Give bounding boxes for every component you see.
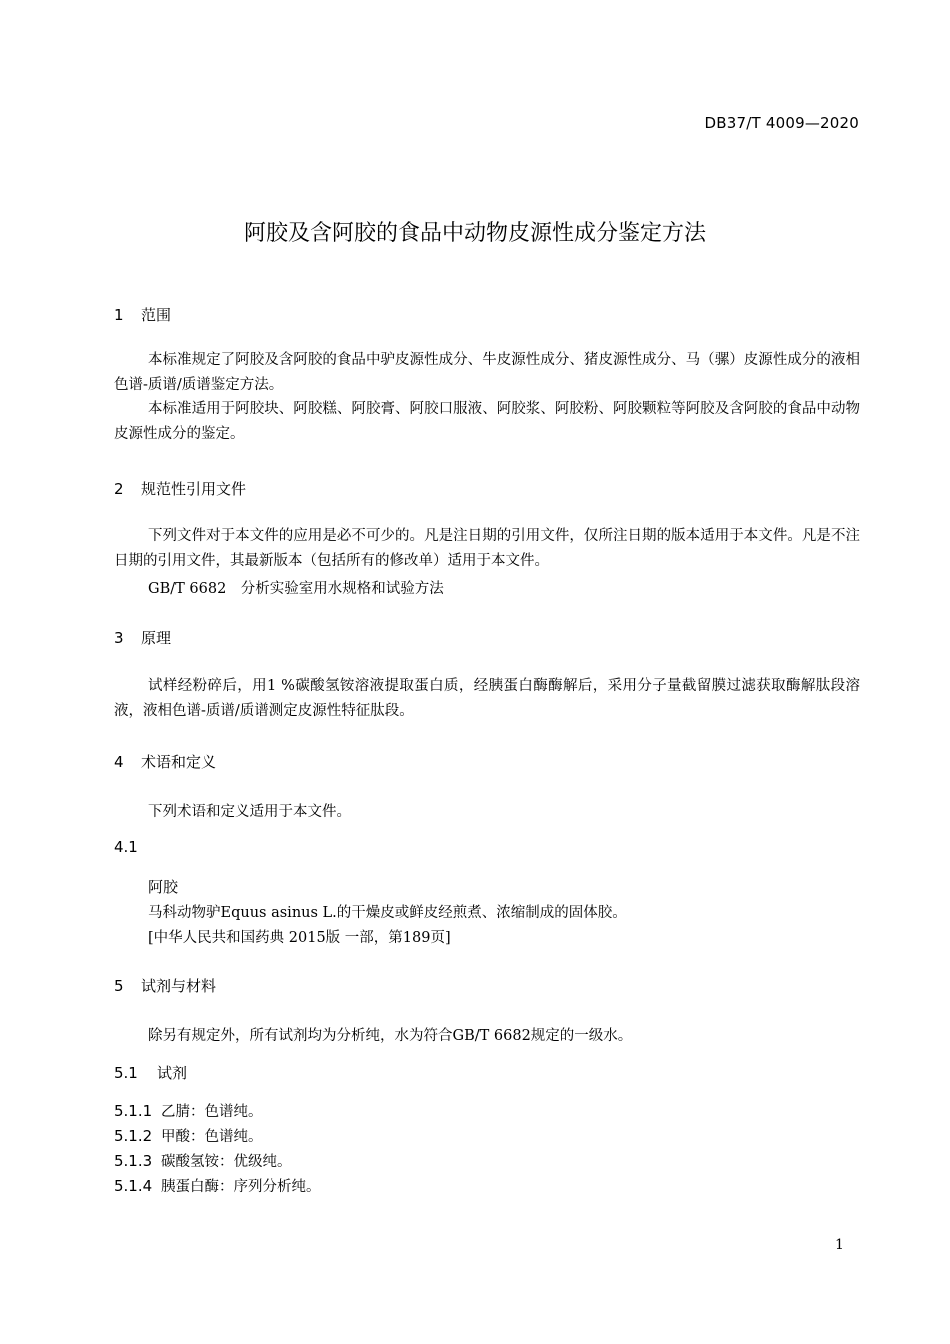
section-title: 原理 <box>141 629 171 647</box>
term-source: [中华人民共和国药典 2015版 一部，第189页] <box>148 926 451 947</box>
term-definition: 马科动物驴Equus asinus L.的干燥皮或鲜皮经煎煮、浓缩制成的固体胶。 <box>148 901 627 922</box>
paragraph: 除另有规定外，所有试剂均为分析纯，水为符合GB/T 6682规定的一级水。 <box>148 1024 632 1045</box>
term-number: 4.1 <box>114 838 138 856</box>
section-number: 3 <box>114 629 141 647</box>
section-body-principle: 试样经粉碎后，用1 %碳酸氢铵溶液提取蛋白质，经胰蛋白酶酶解后，采用分子量截留膜… <box>114 674 860 723</box>
item-number: 5.1.4 <box>114 1177 161 1195</box>
section-heading-reagents-materials: 5试剂与材料 <box>114 975 216 996</box>
section-body-normative-references: 下列文件对于本文件的应用是必不可少的。凡是注日期的引用文件，仅所注日期的版本适用… <box>114 524 860 573</box>
item-text: 碳酸氢铵：优级纯。 <box>161 1154 292 1170</box>
item-number: 5.1.2 <box>114 1127 161 1145</box>
subsection-heading-reagents: 5.1试剂 <box>114 1062 187 1083</box>
page-number: 1 <box>835 1237 844 1253</box>
document-title: 阿胶及含阿胶的食品中动物皮源性成分鉴定方法 <box>0 216 950 247</box>
paragraph: 本标准规定了阿胶及含阿胶的食品中驴皮源性成分、牛皮源性成分、猪皮源性成分、马（骡… <box>114 348 860 397</box>
paragraph: 下列术语和定义适用于本文件。 <box>148 800 351 821</box>
section-title: 试剂与材料 <box>141 977 216 995</box>
section-heading-normative-references: 2规范性引用文件 <box>114 478 246 499</box>
reagent-item: 5.1.3碳酸氢铵：优级纯。 <box>114 1150 292 1171</box>
reagent-item: 5.1.1乙腈：色谱纯。 <box>114 1100 263 1121</box>
section-title: 术语和定义 <box>141 753 216 771</box>
paragraph: 试样经粉碎后，用1 %碳酸氢铵溶液提取蛋白质，经胰蛋白酶酶解后，采用分子量截留膜… <box>114 674 860 723</box>
reference-item: GB/T 6682 分析实验室用水规格和试验方法 <box>148 577 444 598</box>
section-heading-principle: 3原理 <box>114 627 171 648</box>
subsection-number: 5.1 <box>114 1064 157 1082</box>
item-text: 胰蛋白酶：序列分析纯。 <box>161 1179 321 1195</box>
document-code: DB37/T 4009—2020 <box>705 114 859 132</box>
item-text: 甲酸：色谱纯。 <box>161 1129 263 1145</box>
reagent-item: 5.1.2甲酸：色谱纯。 <box>114 1125 263 1146</box>
term-name: 阿胶 <box>148 876 178 897</box>
paragraph: 下列文件对于本文件的应用是必不可少的。凡是注日期的引用文件，仅所注日期的版本适用… <box>114 524 860 573</box>
section-number: 4 <box>114 753 141 771</box>
section-title: 规范性引用文件 <box>141 480 246 498</box>
item-text: 乙腈：色谱纯。 <box>161 1104 263 1120</box>
section-number: 5 <box>114 977 141 995</box>
section-body-scope: 本标准规定了阿胶及含阿胶的食品中驴皮源性成分、牛皮源性成分、猪皮源性成分、马（骡… <box>114 348 860 446</box>
subsection-title: 试剂 <box>157 1064 187 1082</box>
item-number: 5.1.3 <box>114 1152 161 1170</box>
section-number: 1 <box>114 306 141 324</box>
reagent-item: 5.1.4胰蛋白酶：序列分析纯。 <box>114 1175 321 1196</box>
item-number: 5.1.1 <box>114 1102 161 1120</box>
section-number: 2 <box>114 480 141 498</box>
paragraph: 本标准适用于阿胶块、阿胶糕、阿胶膏、阿胶口服液、阿胶浆、阿胶粉、阿胶颗粒等阿胶及… <box>114 397 860 446</box>
section-heading-scope: 1范围 <box>114 304 171 325</box>
section-heading-terms-definitions: 4术语和定义 <box>114 751 216 772</box>
section-title: 范围 <box>141 306 171 324</box>
